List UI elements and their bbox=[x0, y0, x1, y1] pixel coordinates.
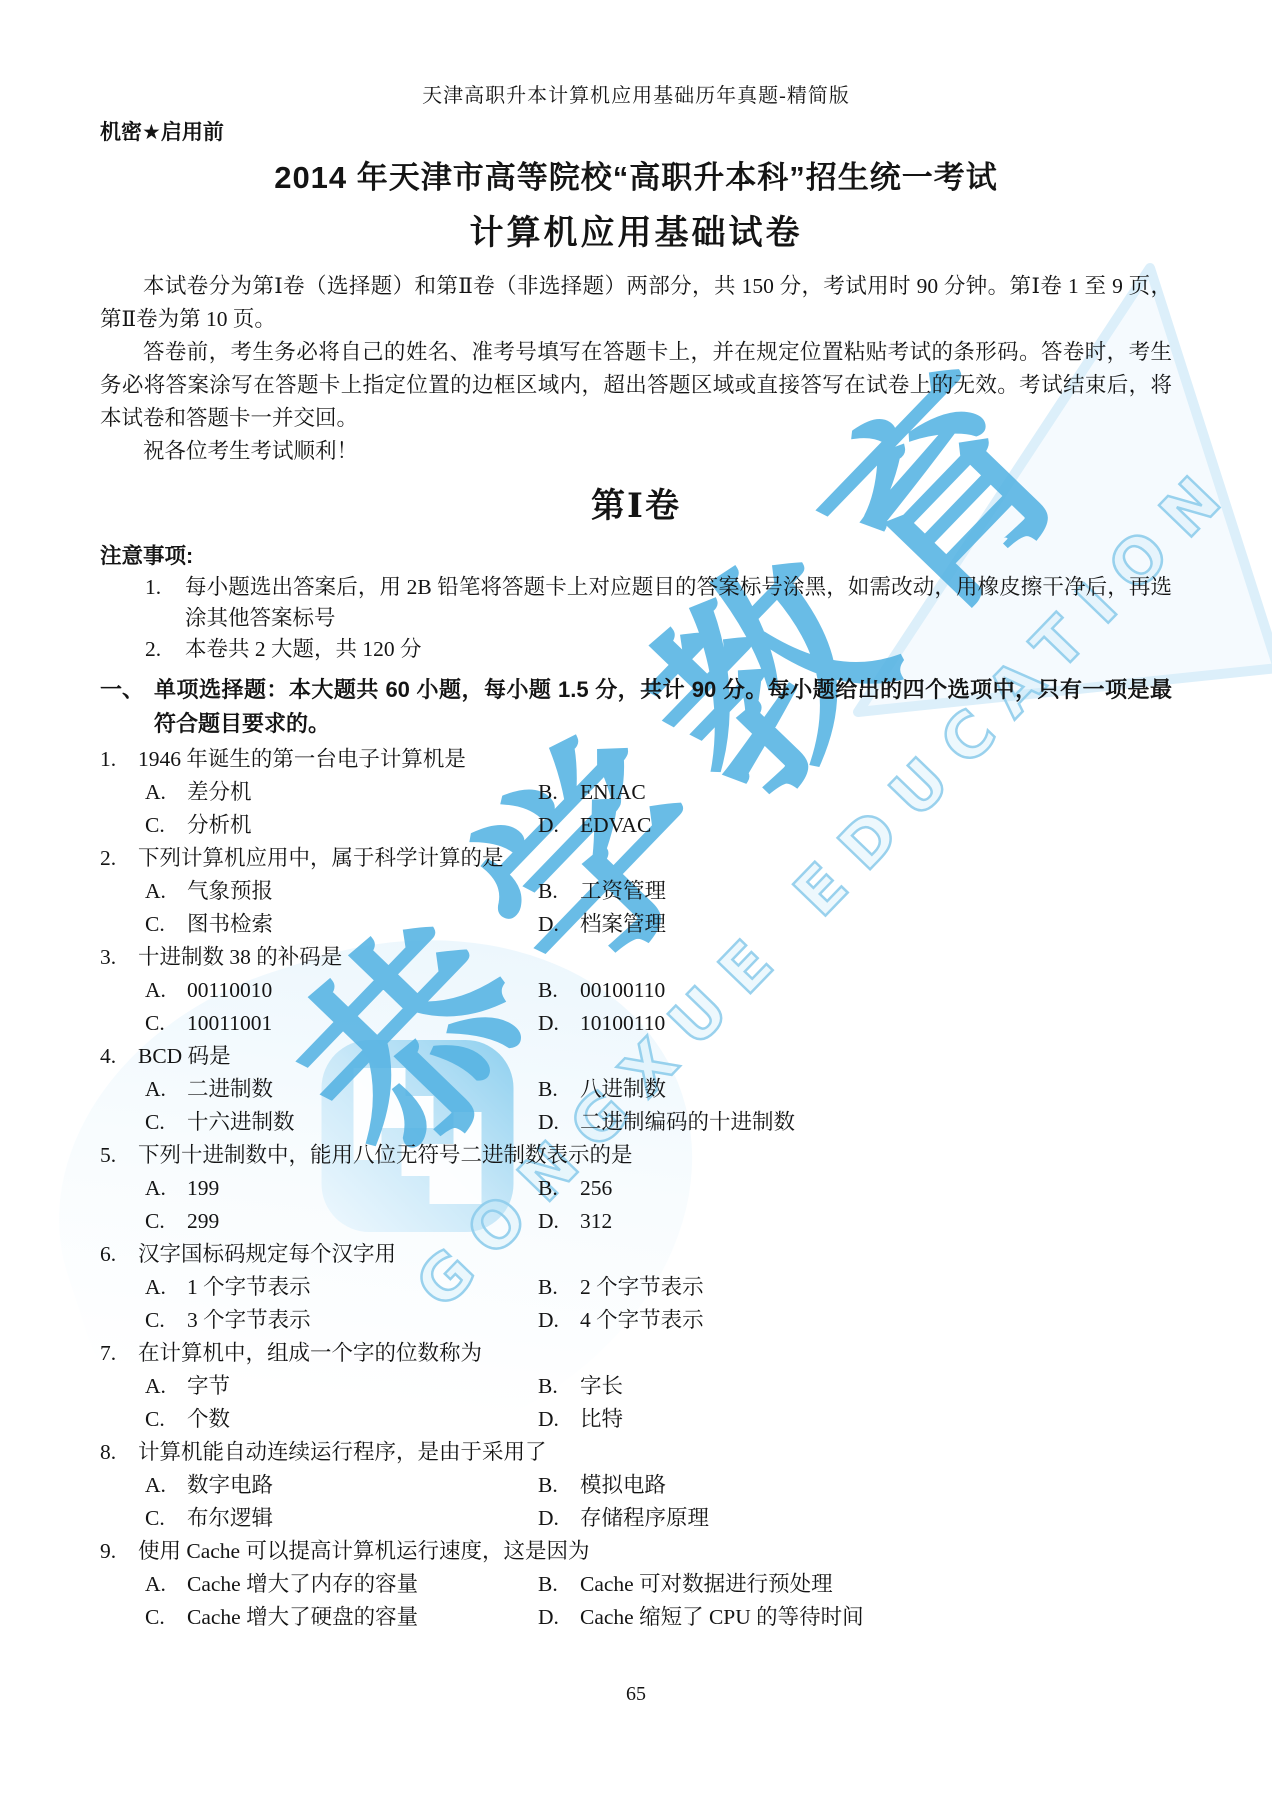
question-stem: 6. 汉字国标码规定每个汉字用 bbox=[100, 1238, 1172, 1271]
exam-title: 2014 年天津市高等院校“高职升本科”招生统一考试 bbox=[100, 158, 1172, 198]
question-item: 4. BCD 码是 A. 二进制数 B. 八进制数 C. 十六进制数 D. 二进… bbox=[100, 1040, 1172, 1139]
question-stem: 5. 下列十进制数中，能用八位无符号二进制数表示的是 bbox=[100, 1139, 1172, 1172]
option-label: A. bbox=[145, 776, 187, 809]
option-row: A. 气象预报 B. 工资管理 bbox=[100, 875, 1172, 908]
question-item: 3. 十进制数 38 的补码是 A. 00110010 B. 00100110 … bbox=[100, 941, 1172, 1040]
option-row: A. 数字电路 B. 模拟电路 bbox=[100, 1469, 1172, 1502]
option-label: B. bbox=[538, 1469, 580, 1502]
option-a: A. 二进制数 bbox=[145, 1073, 538, 1106]
option-c: C. Cache 增大了硬盘的容量 bbox=[145, 1601, 538, 1634]
part-heading: 一、 单项选择题：本大题共 60 小题，每小题 1.5 分，共计 90 分。每小… bbox=[100, 673, 1172, 741]
option-text: 1 个字节表示 bbox=[187, 1271, 311, 1304]
option-text: 299 bbox=[187, 1205, 219, 1238]
exam-subtitle: 计算机应用基础试卷 bbox=[100, 210, 1172, 256]
question-number: 3. bbox=[100, 941, 138, 974]
option-c: C. 3 个字节表示 bbox=[145, 1304, 538, 1337]
option-d: D. 10100110 bbox=[538, 1007, 1172, 1040]
option-c: C. 布尔逻辑 bbox=[145, 1502, 538, 1535]
question-stem: 2. 下列计算机应用中，属于科学计算的是 bbox=[100, 842, 1172, 875]
secrecy-label: 机密★启用前 bbox=[100, 120, 1172, 146]
notice-item: 2. 本卷共 2 大题，共 120 分 bbox=[100, 634, 1172, 665]
option-label: B. bbox=[538, 875, 580, 908]
option-text: 数字电路 bbox=[187, 1469, 273, 1502]
question-item: 6. 汉字国标码规定每个汉字用 A. 1 个字节表示 B. 2 个字节表示 C.… bbox=[100, 1238, 1172, 1337]
option-label: B. bbox=[538, 1271, 580, 1304]
option-row: C. 个数 D. 比特 bbox=[100, 1403, 1172, 1436]
option-c: C. 299 bbox=[145, 1205, 538, 1238]
question-item: 8. 计算机能自动连续运行程序，是由于采用了 A. 数字电路 B. 模拟电路 C… bbox=[100, 1436, 1172, 1535]
option-label: C. bbox=[145, 1205, 187, 1238]
option-d: D. EDVAC bbox=[538, 809, 1172, 842]
question-number: 8. bbox=[100, 1436, 138, 1469]
option-label: D. bbox=[538, 1502, 580, 1535]
page-number: 65 bbox=[0, 1683, 1272, 1706]
option-b: B. 工资管理 bbox=[538, 875, 1172, 908]
notice-title: 注意事项: bbox=[100, 540, 1172, 572]
intro-wish: 祝各位考生考试顺利！ bbox=[100, 435, 1172, 468]
question-item: 2. 下列计算机应用中，属于科学计算的是 A. 气象预报 B. 工资管理 C. … bbox=[100, 842, 1172, 941]
option-text: 比特 bbox=[580, 1403, 623, 1436]
question-text: BCD 码是 bbox=[138, 1040, 1172, 1073]
option-b: B. 字长 bbox=[538, 1370, 1172, 1403]
option-text: 312 bbox=[580, 1205, 612, 1238]
option-row: C. 布尔逻辑 D. 存储程序原理 bbox=[100, 1502, 1172, 1535]
notice-item: 1. 每小题选出答案后，用 2B 铅笔将答题卡上对应题目的答案标号涂黑，如需改动… bbox=[100, 572, 1172, 634]
option-d: D. Cache 缩短了 CPU 的等待时间 bbox=[538, 1601, 1172, 1634]
option-row: A. 字节 B. 字长 bbox=[100, 1370, 1172, 1403]
option-text: 工资管理 bbox=[580, 875, 666, 908]
option-d: D. 比特 bbox=[538, 1403, 1172, 1436]
option-c: C. 图书检索 bbox=[145, 908, 538, 941]
option-text: 10011001 bbox=[187, 1007, 272, 1040]
option-text: 二进制编码的十进制数 bbox=[580, 1106, 795, 1139]
option-label: A. bbox=[145, 1271, 187, 1304]
question-number: 6. bbox=[100, 1238, 138, 1271]
option-text: 二进制数 bbox=[187, 1073, 273, 1106]
option-label: D. bbox=[538, 1106, 580, 1139]
notice-number: 2. bbox=[145, 634, 185, 665]
option-text: 气象预报 bbox=[187, 875, 273, 908]
intro-paragraph: 答卷前，考生务必将自己的姓名、准考号填写在答题卡上，并在规定位置粘贴考试的条形码… bbox=[100, 336, 1172, 435]
option-label: C. bbox=[145, 1601, 187, 1634]
option-label: A. bbox=[145, 1172, 187, 1205]
option-row: A. 差分机 B. ENIAC bbox=[100, 776, 1172, 809]
document-content: 天津高职升本计算机应用基础历年真题-精简版 机密★启用前 2014 年天津市高等… bbox=[0, 0, 1272, 1634]
notice-text: 每小题选出答案后，用 2B 铅笔将答题卡上对应题目的答案标号涂黑，如需改动，用橡… bbox=[185, 572, 1172, 634]
option-row: C. 图书检索 D. 档案管理 bbox=[100, 908, 1172, 941]
option-b: B. Cache 可对数据进行预处理 bbox=[538, 1568, 1172, 1601]
option-label: A. bbox=[145, 1469, 187, 1502]
option-text: 八进制数 bbox=[580, 1073, 666, 1106]
option-label: A. bbox=[145, 875, 187, 908]
option-text: 档案管理 bbox=[580, 908, 666, 941]
option-a: A. 字节 bbox=[145, 1370, 538, 1403]
question-number: 9. bbox=[100, 1535, 138, 1568]
question-number: 4. bbox=[100, 1040, 138, 1073]
question-stem: 8. 计算机能自动连续运行程序，是由于采用了 bbox=[100, 1436, 1172, 1469]
option-c: C. 10011001 bbox=[145, 1007, 538, 1040]
option-text: Cache 增大了硬盘的容量 bbox=[187, 1601, 418, 1634]
question-text: 汉字国标码规定每个汉字用 bbox=[138, 1238, 1172, 1271]
question-text: 下列计算机应用中，属于科学计算的是 bbox=[138, 842, 1172, 875]
option-d: D. 存储程序原理 bbox=[538, 1502, 1172, 1535]
option-label: D. bbox=[538, 1205, 580, 1238]
option-label: A. bbox=[145, 1073, 187, 1106]
option-row: A. 1 个字节表示 B. 2 个字节表示 bbox=[100, 1271, 1172, 1304]
option-label: B. bbox=[538, 974, 580, 1007]
question-text: 十进制数 38 的补码是 bbox=[138, 941, 1172, 974]
question-number: 1. bbox=[100, 743, 138, 776]
option-text: 00100110 bbox=[580, 974, 665, 1007]
option-a: A. Cache 增大了内存的容量 bbox=[145, 1568, 538, 1601]
option-text: 2 个字节表示 bbox=[580, 1271, 704, 1304]
question-text: 1946 年诞生的第一台电子计算机是 bbox=[138, 743, 1172, 776]
document-header: 天津高职升本计算机应用基础历年真题-精简版 bbox=[100, 84, 1172, 108]
option-text: 199 bbox=[187, 1172, 219, 1205]
option-c: C. 分析机 bbox=[145, 809, 538, 842]
option-a: A. 199 bbox=[145, 1172, 538, 1205]
option-label: C. bbox=[145, 1304, 187, 1337]
option-text: 个数 bbox=[187, 1403, 230, 1436]
option-text: Cache 缩短了 CPU 的等待时间 bbox=[580, 1601, 864, 1634]
option-text: 00110010 bbox=[187, 974, 272, 1007]
option-text: 布尔逻辑 bbox=[187, 1502, 273, 1535]
option-label: D. bbox=[538, 1601, 580, 1634]
option-b: B. 八进制数 bbox=[538, 1073, 1172, 1106]
question-item: 7. 在计算机中，组成一个字的位数称为 A. 字节 B. 字长 C. 个数 D.… bbox=[100, 1337, 1172, 1436]
question-text: 在计算机中，组成一个字的位数称为 bbox=[138, 1337, 1172, 1370]
option-row: C. 3 个字节表示 D. 4 个字节表示 bbox=[100, 1304, 1172, 1337]
question-number: 7. bbox=[100, 1337, 138, 1370]
option-row: A. 199 B. 256 bbox=[100, 1172, 1172, 1205]
option-text: 差分机 bbox=[187, 776, 252, 809]
option-row: A. Cache 增大了内存的容量 B. Cache 可对数据进行预处理 bbox=[100, 1568, 1172, 1601]
option-a: A. 00110010 bbox=[145, 974, 538, 1007]
option-a: A. 差分机 bbox=[145, 776, 538, 809]
option-a: A. 数字电路 bbox=[145, 1469, 538, 1502]
option-label: C. bbox=[145, 809, 187, 842]
option-label: B. bbox=[538, 1073, 580, 1106]
question-stem: 1. 1946 年诞生的第一台电子计算机是 bbox=[100, 743, 1172, 776]
option-text: 十六进制数 bbox=[187, 1106, 295, 1139]
option-a: A. 气象预报 bbox=[145, 875, 538, 908]
notice-text: 本卷共 2 大题，共 120 分 bbox=[185, 634, 1172, 665]
option-d: D. 4 个字节表示 bbox=[538, 1304, 1172, 1337]
option-b: B. 256 bbox=[538, 1172, 1172, 1205]
question-item: 1. 1946 年诞生的第一台电子计算机是 A. 差分机 B. ENIAC C.… bbox=[100, 743, 1172, 842]
option-row: A. 00110010 B. 00100110 bbox=[100, 974, 1172, 1007]
option-row: C. 10011001 D. 10100110 bbox=[100, 1007, 1172, 1040]
option-text: 4 个字节表示 bbox=[580, 1304, 704, 1337]
option-label: B. bbox=[538, 1172, 580, 1205]
question-text: 计算机能自动连续运行程序，是由于采用了 bbox=[138, 1436, 1172, 1469]
part-number: 一、 bbox=[100, 673, 154, 741]
option-text: 图书检索 bbox=[187, 908, 273, 941]
section-title: 第Ⅰ卷 bbox=[100, 484, 1172, 530]
exam-paper-page: 恭学教育 GONGXUE EDUCATION 天津高职升本计算机应用基础历年真题… bbox=[0, 0, 1272, 1800]
option-label: C. bbox=[145, 1106, 187, 1139]
option-text: 字节 bbox=[187, 1370, 230, 1403]
option-b: B. ENIAC bbox=[538, 776, 1172, 809]
option-label: D. bbox=[538, 809, 580, 842]
option-d: D. 312 bbox=[538, 1205, 1172, 1238]
question-stem: 4. BCD 码是 bbox=[100, 1040, 1172, 1073]
option-text: ENIAC bbox=[580, 776, 646, 809]
option-row: C. 分析机 D. EDVAC bbox=[100, 809, 1172, 842]
intro-block: 本试卷分为第Ⅰ卷（选择题）和第Ⅱ卷（非选择题）两部分，共 150 分，考试用时 … bbox=[100, 270, 1172, 468]
option-label: B. bbox=[538, 1568, 580, 1601]
option-d: D. 档案管理 bbox=[538, 908, 1172, 941]
option-row: C. Cache 增大了硬盘的容量 D. Cache 缩短了 CPU 的等待时间 bbox=[100, 1601, 1172, 1634]
option-a: A. 1 个字节表示 bbox=[145, 1271, 538, 1304]
option-text: EDVAC bbox=[580, 809, 651, 842]
option-label: A. bbox=[145, 974, 187, 1007]
option-text: 模拟电路 bbox=[580, 1469, 666, 1502]
option-label: D. bbox=[538, 1304, 580, 1337]
option-label: D. bbox=[538, 908, 580, 941]
option-label: C. bbox=[145, 1007, 187, 1040]
option-text: Cache 可对数据进行预处理 bbox=[580, 1568, 833, 1601]
question-number: 5. bbox=[100, 1139, 138, 1172]
option-label: C. bbox=[145, 1403, 187, 1436]
option-text: 256 bbox=[580, 1172, 612, 1205]
option-text: Cache 增大了内存的容量 bbox=[187, 1568, 418, 1601]
notice-number: 1. bbox=[145, 572, 185, 634]
question-stem: 3. 十进制数 38 的补码是 bbox=[100, 941, 1172, 974]
option-text: 3 个字节表示 bbox=[187, 1304, 311, 1337]
question-item: 5. 下列十进制数中，能用八位无符号二进制数表示的是 A. 199 B. 256… bbox=[100, 1139, 1172, 1238]
option-text: 字长 bbox=[580, 1370, 623, 1403]
option-b: B. 00100110 bbox=[538, 974, 1172, 1007]
option-row: C. 299 D. 312 bbox=[100, 1205, 1172, 1238]
question-item: 9. 使用 Cache 可以提高计算机运行速度，这是因为 A. Cache 增大… bbox=[100, 1535, 1172, 1634]
intro-paragraph: 本试卷分为第Ⅰ卷（选择题）和第Ⅱ卷（非选择题）两部分，共 150 分，考试用时 … bbox=[100, 270, 1172, 336]
option-text: 分析机 bbox=[187, 809, 252, 842]
option-label: D. bbox=[538, 1007, 580, 1040]
question-stem: 7. 在计算机中，组成一个字的位数称为 bbox=[100, 1337, 1172, 1370]
option-label: D. bbox=[538, 1403, 580, 1436]
option-label: A. bbox=[145, 1370, 187, 1403]
option-label: A. bbox=[145, 1568, 187, 1601]
part-heading-text: 单项选择题：本大题共 60 小题，每小题 1.5 分，共计 90 分。每小题给出… bbox=[154, 673, 1172, 741]
option-label: C. bbox=[145, 908, 187, 941]
question-text: 下列十进制数中，能用八位无符号二进制数表示的是 bbox=[138, 1139, 1172, 1172]
question-number: 2. bbox=[100, 842, 138, 875]
question-text: 使用 Cache 可以提高计算机运行速度，这是因为 bbox=[138, 1535, 1172, 1568]
option-text: 10100110 bbox=[580, 1007, 665, 1040]
option-b: B. 模拟电路 bbox=[538, 1469, 1172, 1502]
question-stem: 9. 使用 Cache 可以提高计算机运行速度，这是因为 bbox=[100, 1535, 1172, 1568]
option-text: 存储程序原理 bbox=[580, 1502, 709, 1535]
option-row: A. 二进制数 B. 八进制数 bbox=[100, 1073, 1172, 1106]
option-row: C. 十六进制数 D. 二进制编码的十进制数 bbox=[100, 1106, 1172, 1139]
option-label: B. bbox=[538, 776, 580, 809]
option-c: C. 个数 bbox=[145, 1403, 538, 1436]
option-label: B. bbox=[538, 1370, 580, 1403]
question-list: 1. 1946 年诞生的第一台电子计算机是 A. 差分机 B. ENIAC C.… bbox=[100, 743, 1172, 1634]
option-d: D. 二进制编码的十进制数 bbox=[538, 1106, 1172, 1139]
option-b: B. 2 个字节表示 bbox=[538, 1271, 1172, 1304]
option-c: C. 十六进制数 bbox=[145, 1106, 538, 1139]
option-label: C. bbox=[145, 1502, 187, 1535]
